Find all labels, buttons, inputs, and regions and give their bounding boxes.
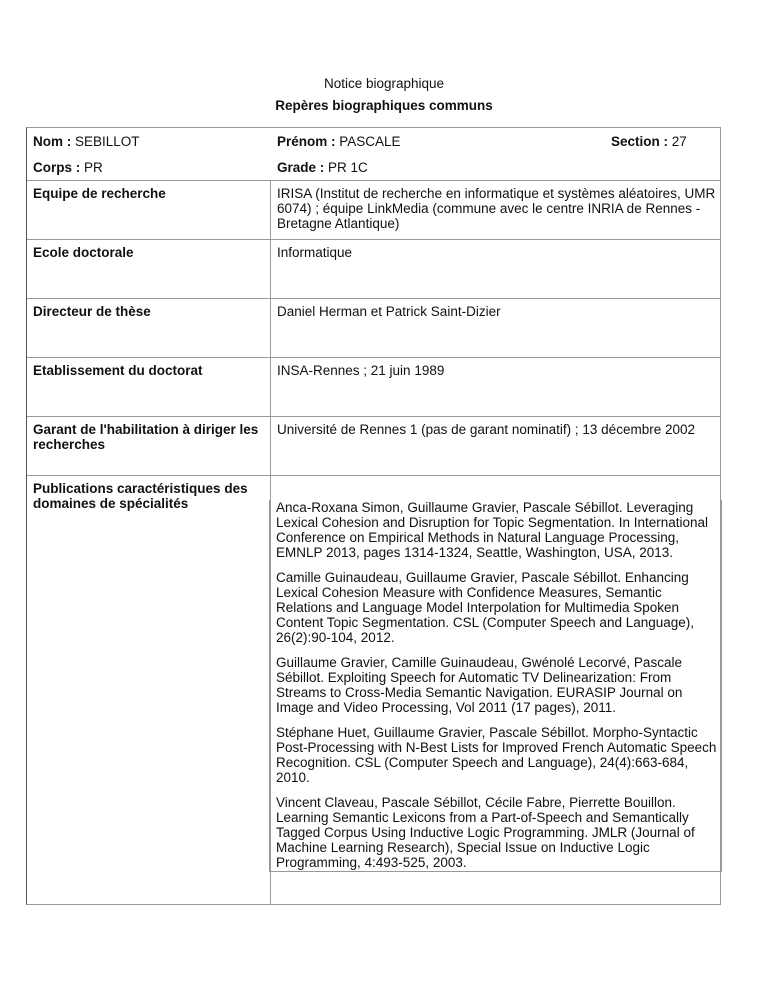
publication-item: Anca-Roxana Simon, Guillaume Gravier, Pa… (276, 500, 721, 560)
grade-value: PR 1C (328, 160, 368, 175)
row-label: Equipe de recherche (33, 186, 263, 201)
publication-item: Vincent Claveau, Pascale Sébillot, Cécil… (276, 795, 721, 870)
document-title: Notice biographique (0, 76, 768, 91)
section-value: 27 (672, 134, 687, 149)
row-value: INSA-Rennes ; 21 juin 1989 (277, 363, 717, 378)
nom-label: Nom : (33, 134, 71, 149)
prenom-field: Prénom : PASCALE (277, 134, 401, 149)
row-value: Daniel Herman et Patrick Saint-Dizier (277, 304, 717, 319)
row-ecole-doctorale: Ecole doctorale Informatique (27, 239, 720, 298)
row-value: IRISA (Institut de recherche en informat… (277, 186, 717, 231)
nom-value: SEBILLOT (75, 134, 140, 149)
row-label: Directeur de thèse (33, 304, 263, 319)
corps-value: PR (84, 160, 103, 175)
publications-list: Anca-Roxana Simon, Guillaume Gravier, Pa… (269, 500, 722, 872)
row-value: Informatique (277, 245, 717, 260)
row-label: Garant de l'habilitation à diriger les r… (33, 422, 263, 452)
row-label: Etablissement du doctorat (33, 363, 263, 378)
row-label: Ecole doctorale (33, 245, 263, 260)
nom-field: Nom : SEBILLOT (33, 134, 140, 149)
row-etablissement-doctorat: Etablissement du doctorat INSA-Rennes ; … (27, 357, 720, 416)
publication-item: Guillaume Gravier, Camille Guinaudeau, G… (276, 655, 721, 715)
row-equipe: Equipe de recherche IRISA (Institut de r… (27, 180, 720, 239)
corps-field: Corps : PR (33, 160, 103, 175)
publication-item: Stéphane Huet, Guillaume Gravier, Pascal… (276, 725, 721, 785)
grade-field: Grade : PR 1C (277, 160, 368, 175)
row-directeur-these: Directeur de thèse Daniel Herman et Patr… (27, 298, 720, 357)
section-label: Section : (611, 134, 668, 149)
row-value: Université de Rennes 1 (pas de garant no… (277, 422, 722, 437)
corps-label: Corps : (33, 160, 80, 175)
prenom-value: PASCALE (339, 134, 400, 149)
row-garant-habilitation: Garant de l'habilitation à diriger les r… (27, 416, 720, 475)
publication-item: Camille Guinaudeau, Guillaume Gravier, P… (276, 570, 721, 645)
row-label: Publications caractéristiques des domain… (33, 481, 273, 511)
prenom-label: Prénom : (277, 134, 336, 149)
section-field: Section : 27 (611, 134, 687, 149)
document-subtitle: Repères biographiques communs (0, 98, 768, 113)
grade-label: Grade : (277, 160, 324, 175)
